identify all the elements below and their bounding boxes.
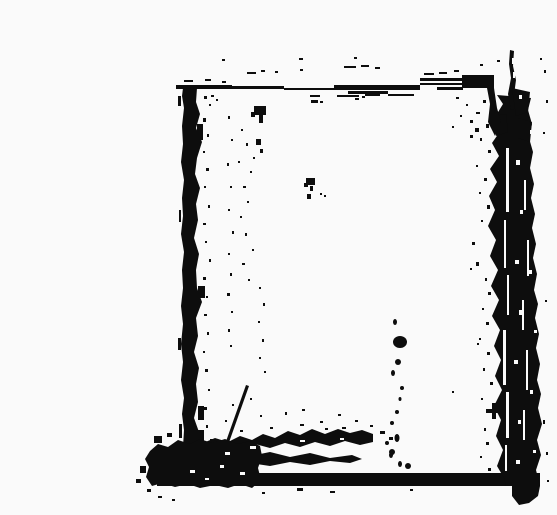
grunge-frame-artwork: Abstract grunge ink frame	[0, 0, 557, 515]
artwork-canvas: Abstract grunge ink frame	[0, 0, 557, 515]
top-right-corner-block	[462, 75, 494, 88]
bottom-border-bar	[157, 473, 540, 486]
